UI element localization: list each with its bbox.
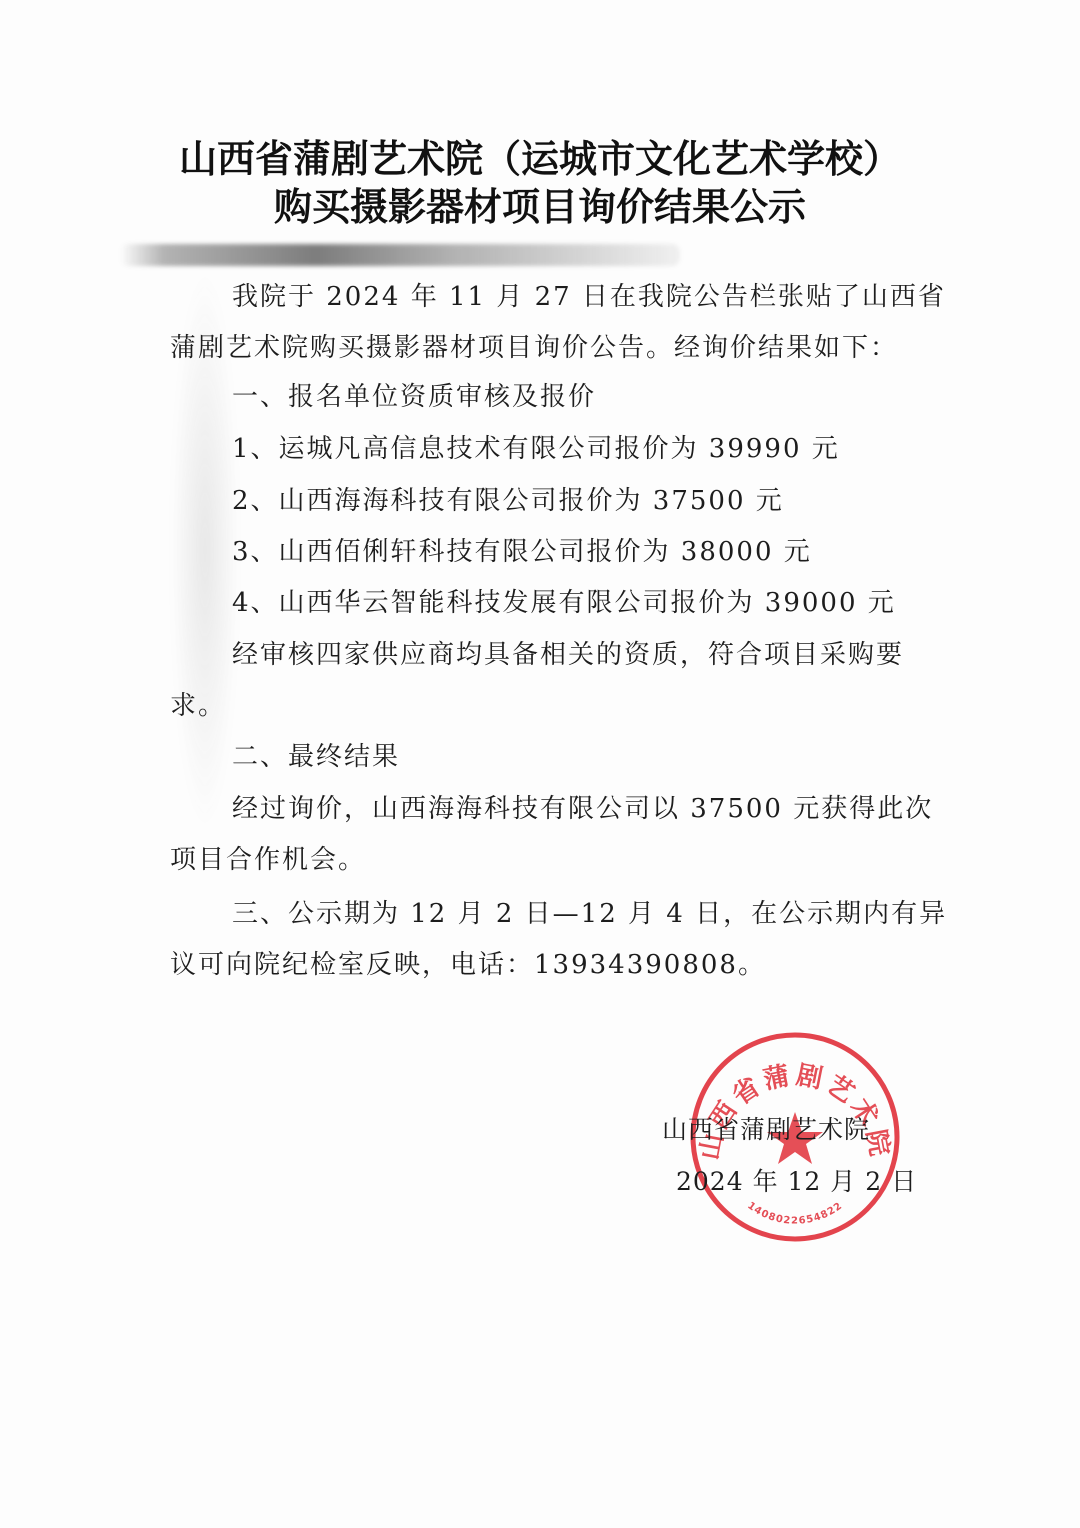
intro-line2: 蒲剧艺术院购买摄影器材项目询价公告。经询价结果如下： xyxy=(170,327,898,364)
section1-heading: 一、报名单位资质审核及报价 xyxy=(232,376,596,413)
bid-item-4: 4、山西华云智能科技发展有限公司报价为 39000 元 xyxy=(232,582,896,619)
document-page: 山西省蒲剧艺术院（运城市文化艺术学校） 购买摄影器材项目询价结果公示 我院于 2… xyxy=(0,0,1080,1528)
signature-date: 2024 年 12 月 2 日 xyxy=(676,1162,917,1198)
section3-line2: 议可向院纪检室反映，电话：13934390808。 xyxy=(170,944,766,981)
section2-heading: 二、最终结果 xyxy=(232,736,400,773)
scan-artifact xyxy=(120,244,680,266)
result-line1: 经过询价，山西海海科技有限公司以 37500 元获得此次 xyxy=(232,788,933,825)
document-title-line2: 购买摄影器材项目询价结果公示 xyxy=(0,176,1080,231)
bid-item-3: 3、山西佰俐轩科技有限公司报价为 38000 元 xyxy=(232,531,812,568)
review-line1: 经审核四家供应商均具备相关的资质，符合项目采购要 xyxy=(232,634,904,671)
review-line2: 求。 xyxy=(170,685,226,722)
section3-line1: 三、公示期为 12 月 2 日—12 月 4 日，在公示期内有异 xyxy=(232,893,947,930)
document-title-line1: 山西省蒲剧艺术院（运城市文化艺术学校） xyxy=(0,128,1080,183)
signature-organization: 山西省蒲剧艺术院 xyxy=(662,1110,870,1146)
bid-item-1: 1、运城凡高信息技术有限公司报价为 39990 元 xyxy=(232,428,840,465)
svg-text:1408022654822: 1408022654822 xyxy=(745,1200,845,1226)
intro-line1: 我院于 2024 年 11 月 27 日在我院公告栏张贴了山西省 xyxy=(232,276,946,313)
bid-item-2: 2、山西海海科技有限公司报价为 37500 元 xyxy=(232,480,784,517)
result-line2: 项目合作机会。 xyxy=(170,839,366,876)
seal-serial: 1408022654822 xyxy=(745,1200,845,1226)
